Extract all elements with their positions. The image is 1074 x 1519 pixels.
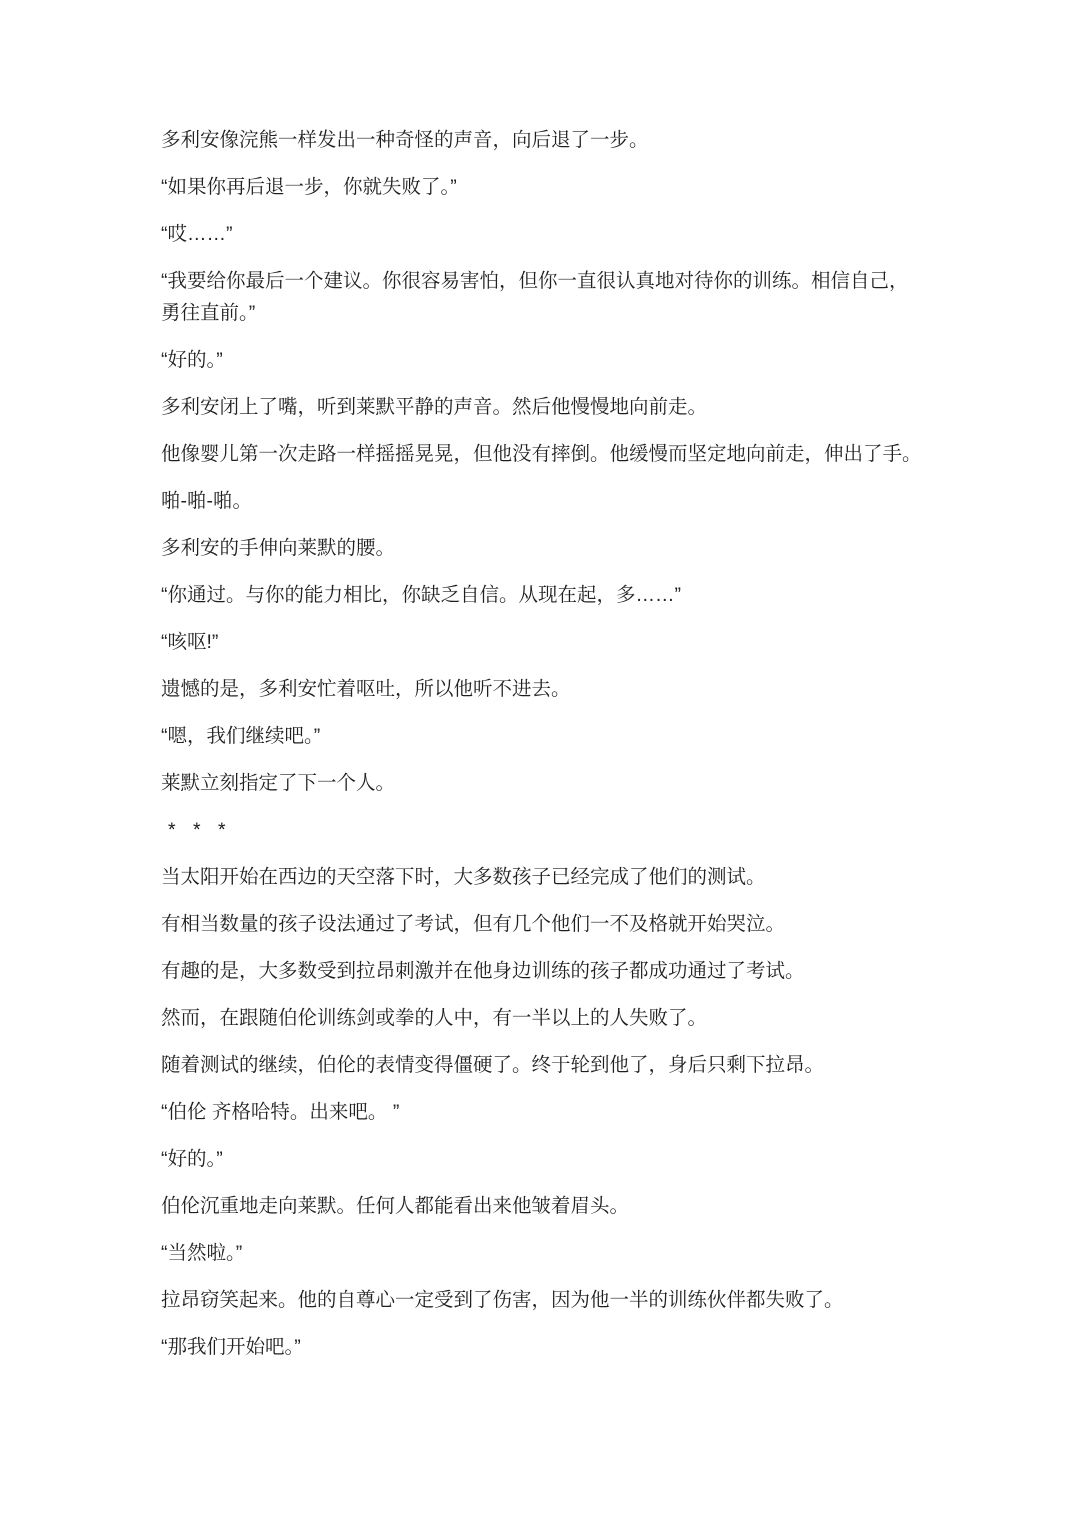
paragraph-narration: 有相当数量的孩子设法通过了考试，但有几个他们一不及格就开始哭泣。 <box>161 908 925 940</box>
document-page: 多利安像浣熊一样发出一种奇怪的声音，向后退了一步。 “如果你再后退一步，你就失败… <box>0 0 1074 1519</box>
paragraph-narration: 随着测试的继续，伯伦的表情变得僵硬了。终于轮到他了，身后只剩下拉昂。 <box>161 1049 925 1081</box>
paragraph-narration: 多利安像浣熊一样发出一种奇怪的声音，向后退了一步。 <box>161 124 925 156</box>
paragraph-narration: 伯伦沉重地走向莱默。任何人都能看出来他皱着眉头。 <box>161 1190 925 1222</box>
paragraph-narration: 遗憾的是，多利安忙着呕吐，所以他听不进去。 <box>161 673 925 705</box>
paragraph-dialogue: “如果你再后退一步，你就失败了。” <box>161 171 925 203</box>
paragraph-narration: 他像婴儿第一次走路一样摇摇晃晃，但他没有摔倒。他缓慢而坚定地向前走，伸出了手。 <box>161 438 925 470</box>
paragraph-dialogue: “嗯，我们继续吧。” <box>161 720 925 752</box>
paragraph-dialogue: “好的。” <box>161 344 925 376</box>
paragraph-dialogue: “你通过。与你的能力相比，你缺乏自信。从现在起，多……” <box>161 579 925 611</box>
paragraph-narration: 有趣的是，大多数受到拉昂刺激并在他身边训练的孩子都成功通过了考试。 <box>161 955 925 987</box>
paragraph-dialogue: “哎……” <box>161 218 925 250</box>
paragraph-narration: 多利安的手伸向莱默的腰。 <box>161 532 925 564</box>
paragraph-dialogue: “好的。” <box>161 1143 925 1175</box>
paragraph-dialogue: “那我们开始吧。” <box>161 1331 925 1363</box>
paragraph-narration: 啪-啪-啪。 <box>161 485 925 517</box>
paragraph-narration: 多利安闭上了嘴，听到莱默平静的声音。然后他慢慢地向前走。 <box>161 391 925 423</box>
paragraph-narration: 当太阳开始在西边的天空落下时，大多数孩子已经完成了他们的测试。 <box>161 861 925 893</box>
paragraph-narration: 拉昂窃笑起来。他的自尊心一定受到了伤害，因为他一半的训练伙伴都失败了。 <box>161 1284 925 1316</box>
paragraph-dialogue: “我要给你最后一个建议。你很容易害怕，但你一直很认真地对待你的训练。相信自己，勇… <box>161 265 925 329</box>
paragraph-dialogue: “咳呕!” <box>161 626 925 658</box>
scene-separator: * * * <box>161 814 925 846</box>
paragraph-narration: 然而，在跟随伯伦训练剑或拳的人中，有一半以上的人失败了。 <box>161 1002 925 1034</box>
paragraph-dialogue: “当然啦。” <box>161 1237 925 1269</box>
paragraph-dialogue: “伯伦 齐格哈特。出来吧。 ” <box>161 1096 925 1128</box>
paragraph-narration: 莱默立刻指定了下一个人。 <box>161 767 925 799</box>
document-content: 多利安像浣熊一样发出一种奇怪的声音，向后退了一步。 “如果你再后退一步，你就失败… <box>161 124 925 1378</box>
